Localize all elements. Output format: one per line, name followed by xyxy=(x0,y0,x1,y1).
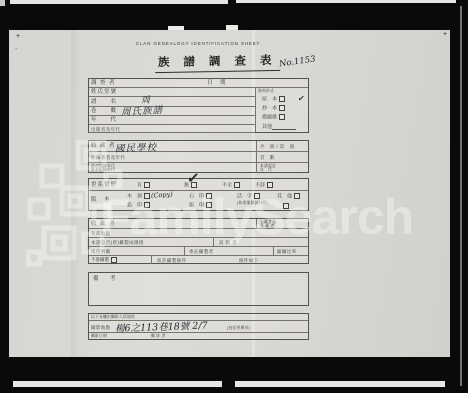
field-label: 微捲號碼 xyxy=(91,249,111,254)
checkbox xyxy=(279,96,285,102)
edition-option: 其 他 xyxy=(277,193,292,199)
checkbox xyxy=(144,202,150,208)
compiler-row: 原編著者及年代 頁 數 xyxy=(89,152,308,163)
photo-date-row: 攝影日期 攝 影 者 xyxy=(89,333,308,340)
cell-divider xyxy=(151,256,153,264)
field-label: 條件如下 xyxy=(239,258,259,263)
microfilm-note: (如係縮影請註明) xyxy=(237,201,277,205)
field-label: 原編著者及年代 xyxy=(91,155,125,160)
field-label: 收 藏 者 xyxy=(91,221,116,227)
holder-row: 收 藏 者 國民學校 共 冊 / 第 冊 xyxy=(89,141,308,152)
section-note: 以下各欄由攝影人員填寫 xyxy=(91,315,135,319)
film-number-row: 微捲號碼 委託攝製者 縮攝比率 xyxy=(89,247,308,256)
format-option: 抄 本 xyxy=(262,105,277,111)
edition-option: 鉛 印 xyxy=(127,202,142,208)
registration-mark: - xyxy=(15,46,17,53)
document-page: + - + CLAN GENEALOGY IDENTIFICATION SHEE… xyxy=(9,30,450,357)
field-label: 調 查 者 xyxy=(91,80,116,86)
blank-line xyxy=(272,125,296,130)
film-strip-top-left xyxy=(10,0,228,4)
field-label: 攝 影 者 xyxy=(151,334,166,338)
field-label: 最末紀錄年代 xyxy=(91,168,115,172)
field-label: 譜 名 xyxy=(91,99,117,105)
film-edge-line xyxy=(460,6,462,386)
handwritten-copy-note: (Copy) xyxy=(151,190,173,200)
checkbox xyxy=(206,193,212,199)
checkbox xyxy=(111,257,117,263)
english-header: CLAN GENEALOGY IDENTIFICATION SHEET xyxy=(113,41,283,46)
film-strip-bottom-right xyxy=(235,381,445,387)
field-label: 准許攝製條件 xyxy=(157,258,186,263)
checkbox xyxy=(254,193,260,199)
pedigree-option: 有 xyxy=(137,182,142,188)
box1-left-column: 姓氏堂號 譜 名 卷 數 年 代 出版者及年代 周 周氏族譜 xyxy=(89,88,256,132)
format-column: 資料形式 原 本 ✓ 抄 本 微縮捲 其他 xyxy=(256,88,308,132)
field-label: 攝影地點 xyxy=(91,325,111,330)
edition-option: 影 印 xyxy=(189,202,204,208)
box-holder: 收 藏 者 國民學校 共 冊 / 第 冊 原編著者及年代 頁 數 最初紀錄年代 … xyxy=(88,140,309,173)
format-other-label: 其他 xyxy=(262,124,272,130)
field-label: 年 代 xyxy=(260,168,272,172)
box-photographer: 以下各欄由攝影人員填寫 攝影地點 楊6之113巷18號 2/7 (包括省縣市) … xyxy=(88,313,309,340)
field-label: 訪 問 者 xyxy=(219,240,237,245)
edition-option: 石 印 xyxy=(189,193,204,199)
pages-label: 頁 數 xyxy=(260,155,275,160)
field-label: 出版者及年代 xyxy=(91,127,120,132)
pedigree-option: 不全 xyxy=(222,182,232,188)
checkbox xyxy=(279,114,285,120)
checkbox xyxy=(294,193,300,199)
film-corner-sliver xyxy=(0,0,5,6)
pedigree-row: 世系情形 有 無 不全 不詳 ✓ xyxy=(89,179,308,191)
checkbox xyxy=(234,182,240,188)
field-label: 姓氏堂號 xyxy=(91,89,117,95)
field-label: 委託攝製者 xyxy=(189,249,214,254)
field-label: 本譜是否(曾)攝製成微捲 xyxy=(91,240,144,245)
location-row: 收藏地點 xyxy=(89,229,308,238)
check-mark: ✓ xyxy=(297,93,305,104)
field-label: 版 本 xyxy=(91,197,111,203)
field-label: (包括省縣市) xyxy=(227,326,250,330)
permission-row: 不准攝製 准許攝製條件 條件如下 xyxy=(89,256,308,264)
volumes-label: 共 冊 / 第 冊 xyxy=(260,144,294,149)
pedigree-option: 不詳 xyxy=(255,182,265,188)
paper-crease xyxy=(71,30,79,357)
cell-divider xyxy=(273,247,275,255)
surveyor-row: 調 查 者 日 期 xyxy=(89,79,308,88)
format-option: 微縮捲 xyxy=(262,114,277,120)
box-identification: 調 查 者 日 期 姓氏堂號 譜 名 卷 數 年 代 出版者及年代 周 周氏族譜… xyxy=(88,78,309,133)
registration-mark: + xyxy=(443,31,447,38)
sheet-number: No.1153 xyxy=(278,54,316,69)
edition-option: 木 刻 xyxy=(127,193,142,199)
remarks-label: 備 考 xyxy=(93,276,119,282)
field-label: 攝影日期 xyxy=(91,334,107,338)
edition-option: 活 字 xyxy=(237,193,252,199)
large-check-mark: ✓ xyxy=(186,168,200,187)
checkbox xyxy=(279,105,285,111)
box-remarks: 備 考 xyxy=(88,272,309,306)
field-label: 年 代 xyxy=(91,117,117,123)
owner-row: 收 藏 者 公藏者名 私 藏 者 xyxy=(89,219,308,229)
filmed-question-row: 本譜是否(曾)攝製成微捲 訪 問 者 xyxy=(89,238,308,247)
format-option: 原 本 xyxy=(262,96,277,102)
field-label: 私 藏 者 xyxy=(260,224,275,228)
edition-row: 版 本 木 刻 (Copy) 石 印 活 字 其 他 鉛 印 影 印 (如係縮影… xyxy=(89,191,308,211)
box-storage: 收 藏 者 公藏者名 私 藏 者 收藏地點 本譜是否(曾)攝製成微捲 訪 問 者… xyxy=(88,218,309,264)
field-label: 世系情形 xyxy=(91,182,117,188)
film-strip-top-right xyxy=(236,0,456,3)
checkbox xyxy=(206,202,212,208)
handwritten-title: 周氏族譜 xyxy=(121,102,164,118)
format-header: 資料形式 xyxy=(258,89,274,93)
field-label: 日 期 xyxy=(207,80,227,86)
field-label: 收藏地點 xyxy=(91,231,111,236)
field-label: 卷 數 xyxy=(91,108,117,114)
photo-location-row: 攝影地點 楊6之113巷18號 2/7 (包括省縣市) xyxy=(89,321,308,333)
cell-divider xyxy=(184,247,186,255)
checkbox xyxy=(144,182,150,188)
field-label: 縮攝比率 xyxy=(277,249,297,254)
microfilm-frame: + - + CLAN GENEALOGY IDENTIFICATION SHEE… xyxy=(0,0,468,393)
checkbox xyxy=(144,193,150,199)
checkbox xyxy=(267,182,273,188)
registration-mark: + xyxy=(16,33,20,40)
form-title: 族 譜 調 查 表 xyxy=(155,52,280,73)
film-strip-bottom-left xyxy=(13,381,222,387)
box-edition: 世系情形 有 無 不全 不詳 ✓ 版 本 木 刻 (Copy) 石 印 活 字 … xyxy=(88,178,309,211)
field-label: 不准攝製 xyxy=(91,257,109,262)
field-label: 收 藏 者 xyxy=(91,143,116,149)
checkbox xyxy=(283,203,289,209)
